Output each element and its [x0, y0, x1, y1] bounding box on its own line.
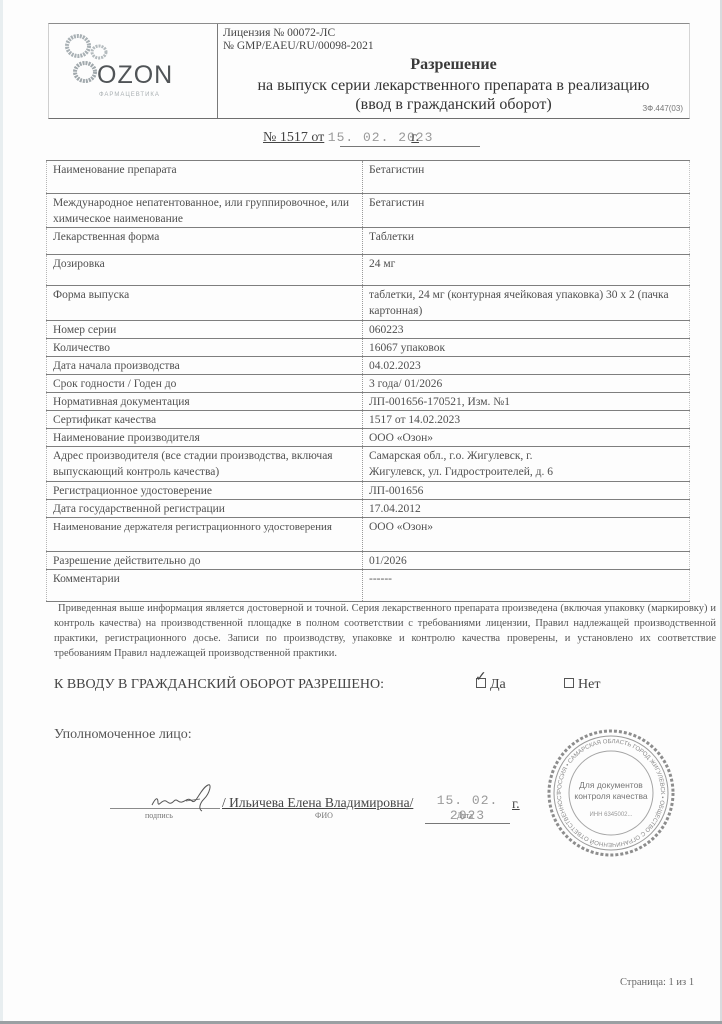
row-value: 1517 от 14.02.2023: [363, 411, 690, 429]
row-value: 060223: [363, 321, 690, 339]
table-row: Количество16067 упаковок: [47, 339, 690, 357]
table-row: Номер серии060223: [47, 321, 690, 339]
row-label: Наименование держателя регистрационного …: [47, 518, 363, 552]
license-number: Лицензия № 00072-ЛС: [223, 27, 374, 40]
row-label: Лекарственная форма: [47, 228, 363, 255]
row-label: Наименование производителя: [47, 429, 363, 447]
document-title: Разрешение: [218, 56, 689, 74]
row-value: ------: [363, 570, 690, 602]
ozon-logo: OZON ФАРМАЦЕВТИКА: [63, 30, 203, 110]
license-info: Лицензия № 00072-ЛС № GMP/EAEU/RU/00098-…: [223, 27, 374, 53]
row-value: таблетки, 24 мг (контурная ячейковая упа…: [363, 286, 690, 321]
seal-center-line-1: Для документов: [546, 780, 676, 791]
row-label: Срок годности / Годен до: [47, 375, 363, 393]
row-value: Бетагистин: [363, 161, 690, 194]
table-row: Лекарственная формаТаблетки: [47, 228, 690, 255]
logo-wordmark: OZON: [97, 61, 173, 90]
row-label: Адрес производителя (все стадии производ…: [47, 447, 363, 482]
permit-date-suffix: г.: [411, 130, 419, 145]
row-value: 17.04.2012: [363, 500, 690, 518]
permit-date-underline: [340, 146, 480, 147]
approval-no-option[interactable]: Нет: [564, 677, 600, 693]
checkmark-icon: ✓: [475, 669, 487, 686]
document-subtitle: на выпуск серии лекарственного препарата…: [218, 76, 689, 114]
authorized-person-label: Уполномоченное лицо:: [54, 727, 192, 743]
row-value: 01/2026: [363, 552, 690, 570]
table-row: Срок годности / Годен до3 года/ 01/2026: [47, 375, 690, 393]
row-label: Регистрационное удостоверение: [47, 482, 363, 500]
row-label: Дата начала производства: [47, 357, 363, 375]
row-value: ООО «Озон»: [363, 518, 690, 552]
document-header: OZON ФАРМАЦЕВТИКА Лицензия № 00072-ЛС № …: [48, 23, 690, 119]
scan-edge-left: [0, 0, 3, 1024]
permit-number: № 1517 от: [263, 130, 324, 145]
authorized-person-name: / Ильичева Елена Владимировна/: [222, 795, 413, 811]
row-label: Дозировка: [47, 255, 363, 286]
table-row: Форма выпускатаблетки, 24 мг (контурная …: [47, 286, 690, 321]
checkbox-empty-icon[interactable]: [564, 678, 574, 688]
row-label: Комментарии: [47, 570, 363, 602]
permit-date: 15. 02. 2023: [328, 130, 408, 145]
row-value: Самарская обл., г.о. Жигулевск, г. Жигул…: [363, 447, 690, 482]
row-value: Таблетки: [363, 228, 690, 255]
row-value: ЛП-001656-170521, Изм. №1: [363, 393, 690, 411]
subtitle-line-2: (ввод в гражданский оборот): [218, 95, 689, 114]
row-label: Номер серии: [47, 321, 363, 339]
row-label: Форма выпуска: [47, 286, 363, 321]
subtitle-line-1: на выпуск серии лекарственного препарата…: [218, 76, 689, 95]
table-row: Комментарии------: [47, 570, 690, 602]
approval-statement: К ВВОДУ В ГРАЖДАНСКИЙ ОБОРОТ РАЗРЕШЕНО:: [54, 677, 384, 693]
caption-date: Дата: [457, 811, 473, 820]
checkbox-checked-icon[interactable]: ✓: [476, 678, 486, 688]
row-value: 3 года/ 01/2026: [363, 375, 690, 393]
certification-statement: Приведенная выше информация является дос…: [54, 601, 716, 661]
row-value: 16067 упаковок: [363, 339, 690, 357]
no-label: Нет: [578, 677, 600, 692]
table-row: Наименование производителяООО «Озон»: [47, 429, 690, 447]
row-label: Нормативная документация: [47, 393, 363, 411]
row-label: Количество: [47, 339, 363, 357]
permit-number-line: № 1517 от 15. 02. 2023 г.: [263, 130, 419, 146]
table-row: Сертификат качества1517 от 14.02.2023: [47, 411, 690, 429]
table-row: Дата государственной регистрации17.04.20…: [47, 500, 690, 518]
signature-date-suffix: г.: [512, 797, 520, 813]
yes-label: Да: [490, 677, 506, 692]
table-row: Наименование держателя регистрационного …: [47, 518, 690, 552]
handwritten-signature-icon: [150, 783, 220, 813]
row-label: Сертификат качества: [47, 411, 363, 429]
row-label: Международное непатентованное, или групп…: [47, 194, 363, 228]
row-label: Разрешение действительно до: [47, 552, 363, 570]
batch-info-table: Наименование препаратаБетагистин Междуна…: [46, 160, 690, 602]
row-label: Дата государственной регистрации: [47, 500, 363, 518]
table-row: Наименование препаратаБетагистин: [47, 161, 690, 194]
page-number: Страница: 1 из 1: [620, 977, 694, 988]
seal-center-line-2: контроля качества: [546, 791, 676, 802]
caption-fio: ФИО: [315, 811, 333, 820]
row-value: ООО «Озон»: [363, 429, 690, 447]
seal-inn: ИНН 6345002...: [546, 812, 676, 818]
gmp-number: № GMP/EAEU/RU/00098-2021: [223, 40, 374, 53]
approval-yes-option[interactable]: ✓ Да: [476, 677, 506, 693]
table-row: Дата начала производства04.02.2023: [47, 357, 690, 375]
row-value: Бетагистин: [363, 194, 690, 228]
table-row: Адрес производителя (все стадии производ…: [47, 447, 690, 482]
row-value: ЛП-001656: [363, 482, 690, 500]
row-label: Наименование препарата: [47, 161, 363, 194]
table-row: Международное непатентованное, или групп…: [47, 194, 690, 228]
row-value: 24 мг: [363, 255, 690, 286]
table-row: Разрешение действительно до01/2026: [47, 552, 690, 570]
caption-signature: подпись: [145, 811, 173, 820]
company-seal: РОССИЯ • САМАРСКАЯ ОБЛАСТЬ ГОРОД ЖИГУЛЕВ…: [546, 728, 676, 858]
logo-subtitle: ФАРМАЦЕВТИКА: [99, 92, 160, 98]
form-code: ЗФ.447(03): [642, 104, 683, 113]
row-value: 04.02.2023: [363, 357, 690, 375]
table-row: Регистрационное удостоверениеЛП-001656: [47, 482, 690, 500]
table-row: Дозировка24 мг: [47, 255, 690, 286]
table-row: Нормативная документацияЛП-001656-170521…: [47, 393, 690, 411]
